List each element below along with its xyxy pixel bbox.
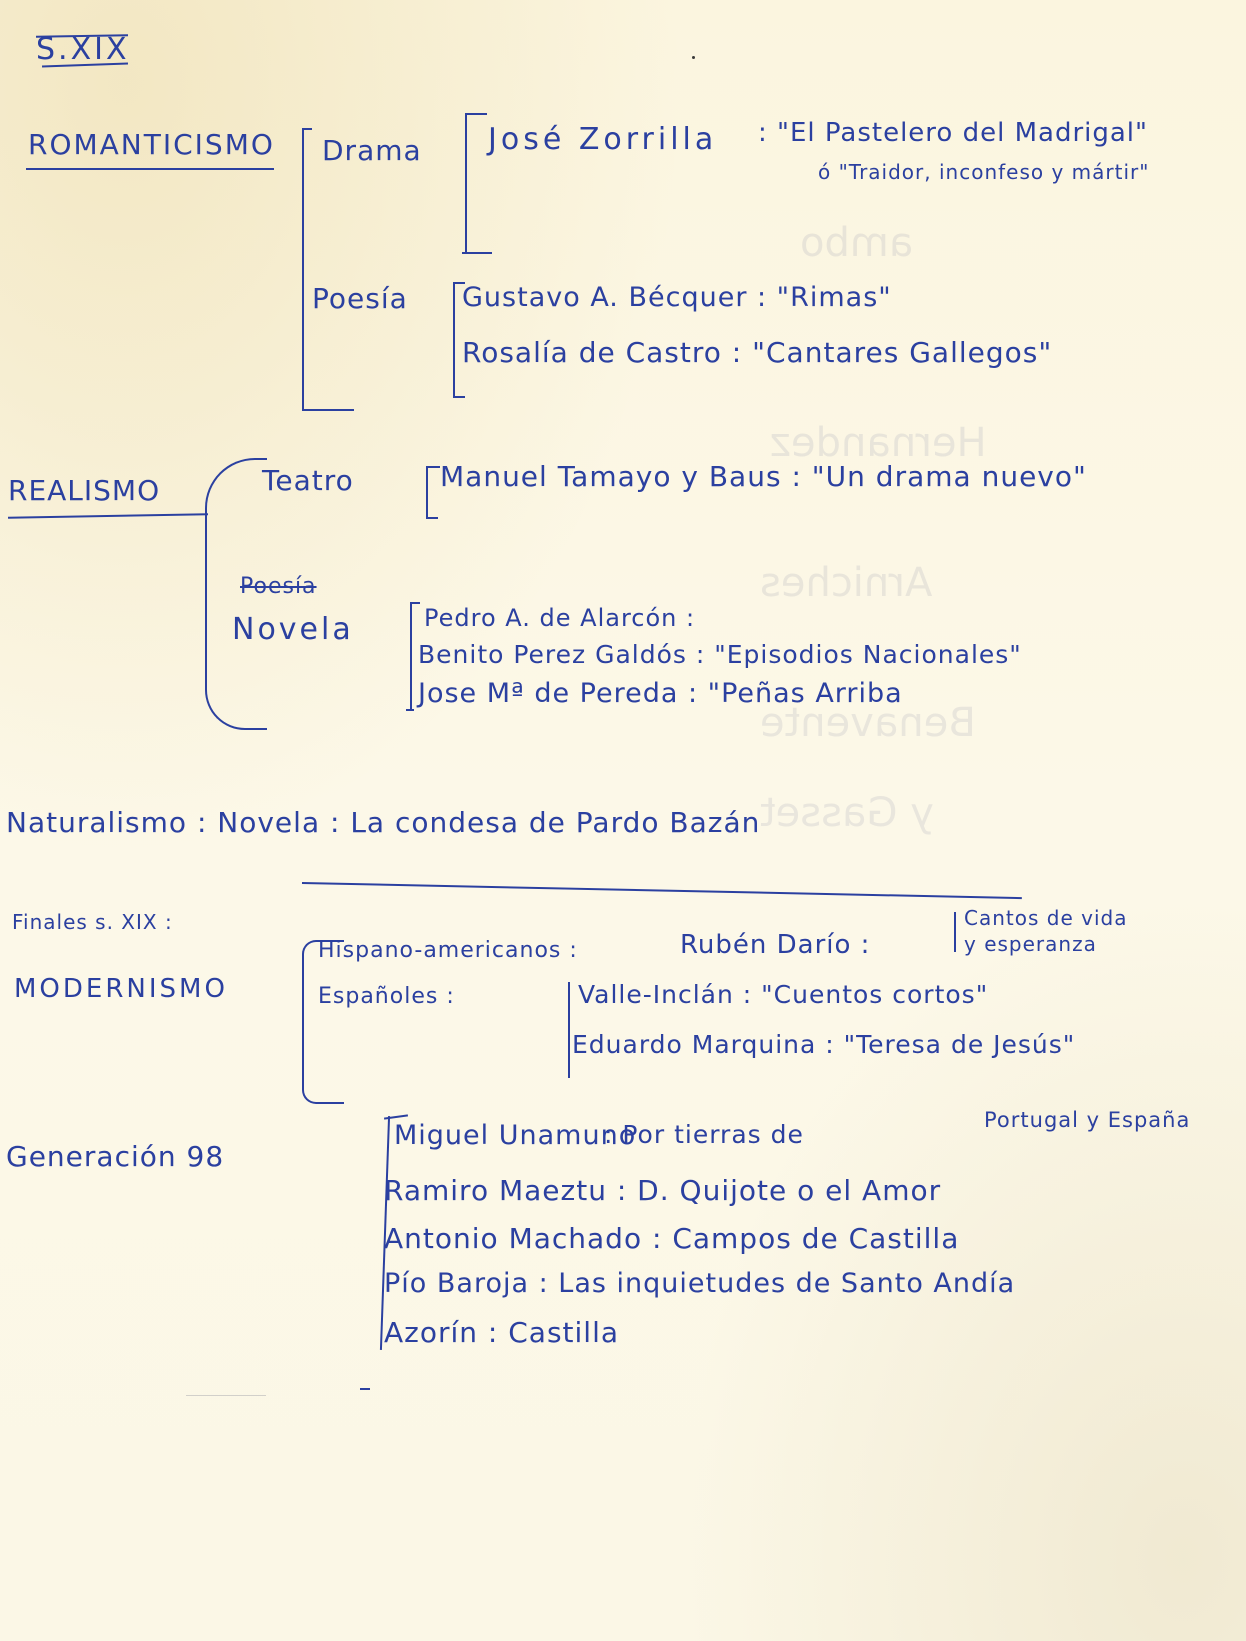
bracket — [453, 282, 455, 397]
modernismo-hispano-label: Hispano-americanos : — [318, 938, 578, 963]
genre-label-novela: Novela — [232, 612, 354, 647]
bracket — [568, 982, 570, 1078]
g98-entry-work: : Por tierras de — [604, 1120, 804, 1149]
g98-entry: Azorín : Castilla — [384, 1316, 619, 1349]
stray-mark — [186, 1395, 266, 1396]
handwritten-page: ambo Hernandez Arniches Benavente y Gass… — [0, 0, 1246, 1641]
drama-author: José Zorrilla — [488, 122, 717, 157]
genre-label-teatro: Teatro — [262, 464, 354, 497]
bracket — [410, 602, 412, 710]
bleed-through-text: ambo — [800, 220, 913, 266]
modernismo-pre-label: Finales s. XIX : — [12, 910, 173, 934]
separator-line — [302, 882, 1022, 899]
modernismo-hispano-work: Cantos de vida — [964, 906, 1127, 930]
g98-entry: Miguel Unamuno — [394, 1120, 636, 1151]
bracket — [954, 912, 956, 952]
espanoles-entry: Eduardo Marquina : "Teresa de Jesús" — [572, 1030, 1075, 1059]
drama-work: : "El Pastelero del Madrigal" — [758, 118, 1148, 148]
bracket — [426, 466, 428, 518]
g98-entry: Ramiro Maeztu : D. Quijote o el Amor — [384, 1174, 941, 1207]
realismo-underline — [8, 513, 208, 518]
romanticismo-underline — [26, 168, 274, 170]
section-label-modernismo: MODERNISMO — [14, 974, 228, 1004]
modernismo-hispano-work: y esperanza — [964, 932, 1097, 956]
bleed-through-text: Arniches — [760, 560, 932, 606]
bracket — [302, 128, 304, 410]
drama-work-alt: ó "Traidor, inconfeso y mártir" — [818, 160, 1149, 184]
bracket — [453, 396, 465, 398]
section-label-generacion98: Generación 98 — [6, 1140, 224, 1173]
teatro-entry: Manuel Tamayo y Baus : "Un drama nuevo" — [440, 460, 1087, 493]
bracket — [302, 940, 344, 1104]
bracket — [406, 709, 414, 711]
bracket — [462, 252, 492, 254]
bleed-through-text: y Gasset — [760, 790, 934, 836]
poesia-entry: Gustavo A. Bécquer : "Rimas" — [462, 282, 892, 313]
bracket — [410, 602, 420, 604]
novela-entry: Pedro A. de Alarcón : — [424, 604, 695, 632]
bracket — [465, 113, 487, 115]
g98-entry: Antonio Machado : Campos de Castilla — [384, 1222, 959, 1255]
bracket — [426, 517, 438, 519]
modernismo-hispano-author: Rubén Darío : — [680, 930, 870, 960]
bracket — [360, 1388, 370, 1390]
section-label-romanticismo: ROMANTICISMO — [28, 128, 275, 161]
poesia-entry: Rosalía de Castro : "Cantares Gallegos" — [462, 336, 1052, 369]
genre-label-drama: Drama — [322, 134, 422, 167]
section-label-realismo: REALISMO — [8, 474, 160, 507]
stray-dot — [692, 56, 695, 59]
bracket — [426, 466, 440, 468]
bracket — [465, 113, 467, 253]
genre-label-poesia: Poesía — [312, 282, 408, 315]
g98-entry: Pío Baroja : Las inquietudes de Santo An… — [384, 1268, 1015, 1299]
g98-entry-work-raised: Portugal y España — [984, 1108, 1190, 1132]
modernismo-espanoles-label: Españoles : — [318, 984, 455, 1009]
espanoles-entry: Valle-Inclán : "Cuentos cortos" — [578, 980, 988, 1009]
novela-entry: Jose Mª de Pereda : "Peñas Arriba — [418, 678, 903, 709]
bracket — [302, 409, 354, 411]
naturalismo-line: Naturalismo : Novela : La condesa de Par… — [6, 806, 760, 839]
novela-entry: Benito Perez Galdós : "Episodios Naciona… — [418, 640, 1022, 669]
struck-genre-poesia: Poesía — [240, 574, 317, 599]
